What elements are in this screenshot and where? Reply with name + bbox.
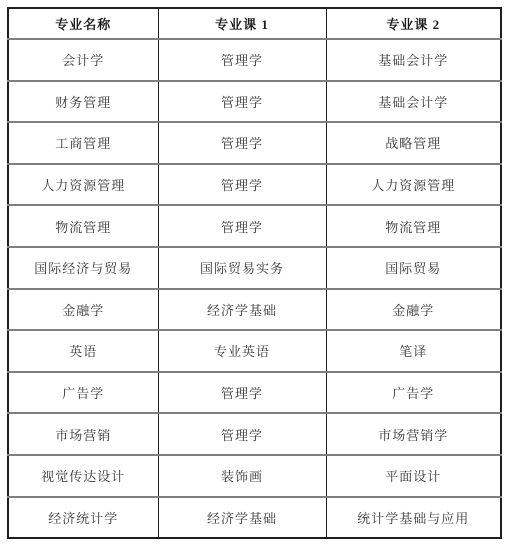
table-cell: 金融学 [326,289,501,331]
table-cell: 金融学 [8,289,158,331]
table-cell: 管理学 [158,372,326,414]
table-cell: 管理学 [158,205,326,247]
table-row: 经济统计学经济学基础统计学基础与应用 [8,497,501,539]
header-cell: 专业课 1 [158,8,326,39]
table-cell: 统计学基础与应用 [326,497,501,539]
table-header-row: 专业名称专业课 1专业课 2 [8,8,501,39]
table-row: 物流管理管理学物流管理 [8,205,501,247]
table-row: 会计学管理学基础会计学 [8,39,501,81]
table-cell: 专业英语 [158,330,326,372]
table-row: 英语专业英语笔译 [8,330,501,372]
table-cell: 战略管理 [326,122,501,164]
table-row: 市场营销管理学市场营销学 [8,413,501,455]
table-cell: 工商管理 [8,122,158,164]
table-cell: 管理学 [158,81,326,123]
table-cell: 财务管理 [8,81,158,123]
table-cell: 管理学 [158,164,326,206]
table-cell: 物流管理 [326,205,501,247]
header-cell: 专业课 2 [326,8,501,39]
table-cell: 管理学 [158,122,326,164]
table-cell: 装饰画 [158,455,326,497]
table-row: 工商管理管理学战略管理 [8,122,501,164]
table-cell: 经济学基础 [158,289,326,331]
table-cell: 基础会计学 [326,81,501,123]
table-cell: 市场营销 [8,413,158,455]
table-body: 会计学管理学基础会计学财务管理管理学基础会计学工商管理管理学战略管理人力资源管理… [8,39,501,538]
table-head: 专业名称专业课 1专业课 2 [8,8,501,39]
table-cell: 管理学 [158,39,326,81]
table-row: 视觉传达设计装饰画平面设计 [8,455,501,497]
header-cell: 专业名称 [8,8,158,39]
table-cell: 经济统计学 [8,497,158,539]
table-cell: 国际经济与贸易 [8,247,158,289]
table-cell: 视觉传达设计 [8,455,158,497]
table-cell: 人力资源管理 [8,164,158,206]
table-row: 金融学经济学基础金融学 [8,289,501,331]
table-cell: 国际贸易 [326,247,501,289]
table-cell: 物流管理 [8,205,158,247]
table-cell: 管理学 [158,413,326,455]
table-cell: 会计学 [8,39,158,81]
table-cell: 平面设计 [326,455,501,497]
page-canvas: 专业名称专业课 1专业课 2 会计学管理学基础会计学财务管理管理学基础会计学工商… [0,0,506,546]
table-row: 人力资源管理管理学人力资源管理 [8,164,501,206]
table-row: 财务管理管理学基础会计学 [8,81,501,123]
table-cell: 英语 [8,330,158,372]
majors-courses-table: 专业名称专业课 1专业课 2 会计学管理学基础会计学财务管理管理学基础会计学工商… [7,7,502,539]
table-cell: 市场营销学 [326,413,501,455]
table-cell: 广告学 [326,372,501,414]
table-cell: 广告学 [8,372,158,414]
table-cell: 基础会计学 [326,39,501,81]
table-cell: 经济学基础 [158,497,326,539]
table-cell: 笔译 [326,330,501,372]
table-row: 国际经济与贸易国际贸易实务国际贸易 [8,247,501,289]
table-row: 广告学管理学广告学 [8,372,501,414]
table-cell: 国际贸易实务 [158,247,326,289]
table-cell: 人力资源管理 [326,164,501,206]
